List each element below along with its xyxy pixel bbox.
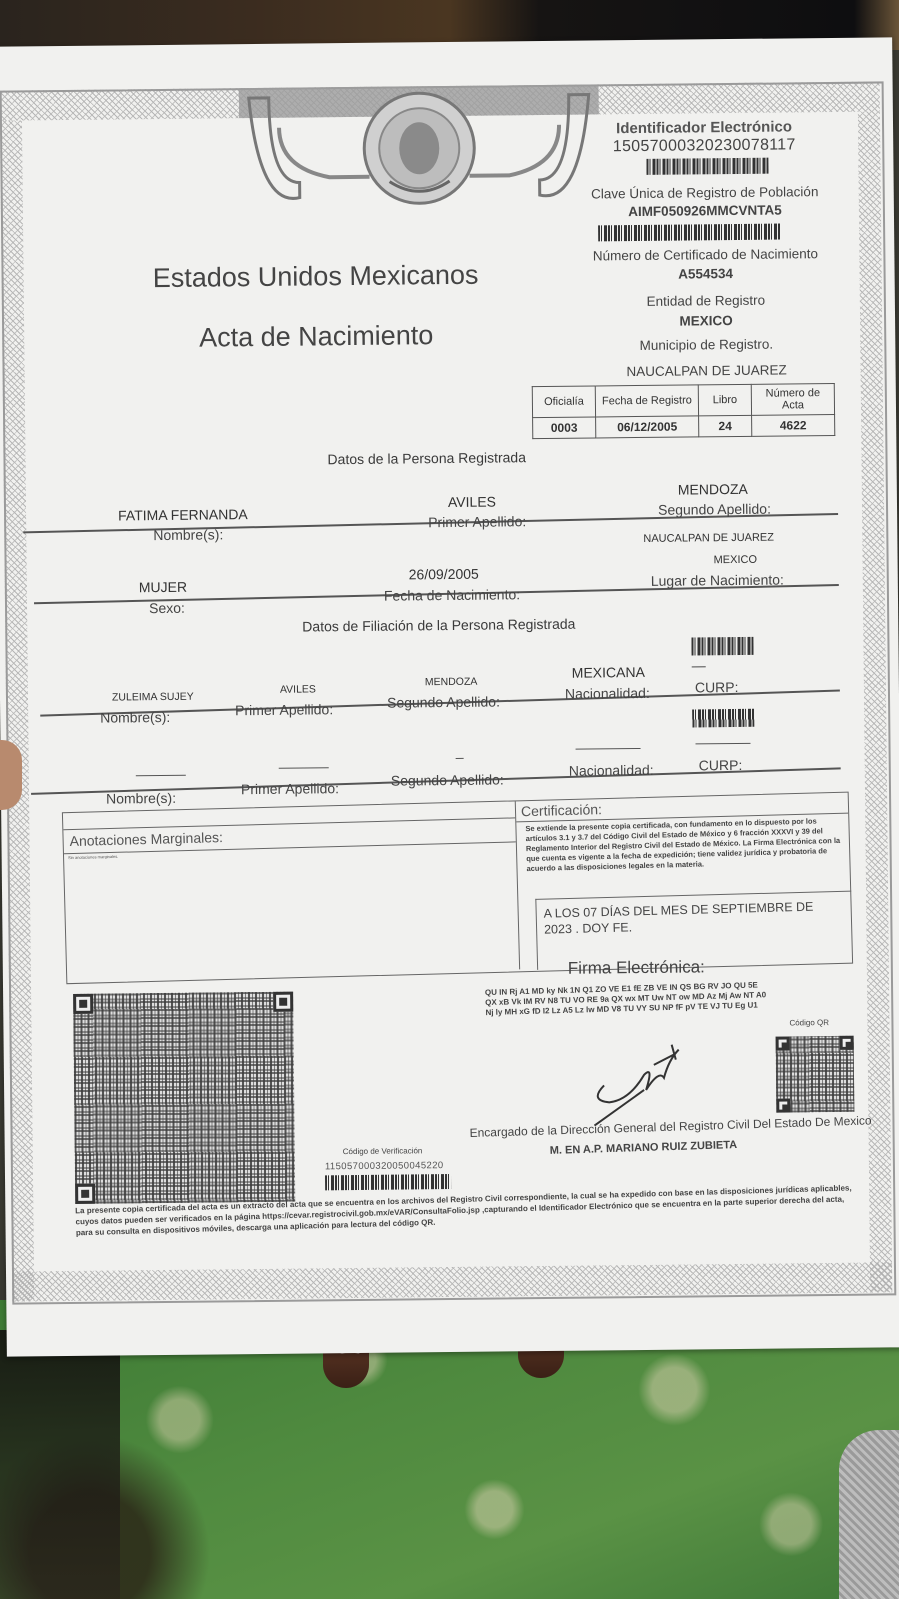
segundo-apellido-label: Segundo Apellido: <box>658 501 771 518</box>
libro-value: 24 <box>699 415 752 437</box>
identificador-label: Identificador Electrónico <box>554 118 854 138</box>
municipio-value: NAUCALPAN DE JUAREZ <box>557 362 857 380</box>
numero-acta-value: 4622 <box>752 414 835 436</box>
progenitor1-primer-apellido-label: Primer Apellido: <box>235 701 333 718</box>
small-qr-code <box>776 1036 855 1113</box>
verificacion-value: 115057000320050045220 <box>325 1160 444 1172</box>
curp-value: AIMF050926MMCVNTA5 <box>555 202 855 220</box>
registro-table: Oficialía Fecha de Registro Libro Número… <box>532 383 836 439</box>
header-fecha-registro: Fecha de Registro <box>595 385 698 417</box>
progenitor1-nombres-value: ZULEIMA SUJEY <box>112 691 194 704</box>
anotaciones-content: Sin anotaciones marginales. <box>68 854 118 860</box>
registro-table-header: Oficialía Fecha de Registro Libro Número… <box>532 383 834 417</box>
primer-apellido-value: AVILES <box>448 494 496 511</box>
nombres-value: FATIMA FERNANDA <box>118 506 248 523</box>
primer-apellido-label: Primer Apellido: <box>428 513 526 530</box>
fecha-nacimiento-label: Fecha de Nacimiento: <box>384 586 520 603</box>
anotaciones-certificacion-box: Anotaciones Marginales: Sin anotaciones … <box>62 792 853 985</box>
anotaciones-panel: Anotaciones Marginales: Sin anotaciones … <box>63 801 520 981</box>
finger-holding-paper <box>0 740 22 810</box>
nombres-label: Nombre(s): <box>153 526 223 543</box>
country-title: Estados Unidos Mexicanos <box>115 259 515 294</box>
progenitor2-nacionalidad-label: Nacionalidad: <box>569 762 654 779</box>
progenitor2-segundo-apellido-label: Segundo Apellido: <box>391 771 504 788</box>
header-libro: Libro <box>698 384 751 416</box>
curp-barcode <box>598 224 780 242</box>
birth-certificate-document: Estados Unidos Mexicanos Acta de Nacimie… <box>0 37 899 1356</box>
filiacion-section-title: Datos de Filiación de la Persona Registr… <box>302 616 575 635</box>
certificado-value: A554534 <box>556 265 856 283</box>
progenitor2-nombres-label: Nombre(s): <box>106 790 176 807</box>
progenitor2-curp-label: CURP: <box>699 757 743 773</box>
identificador-value: 15057000320230078117 <box>554 136 854 157</box>
header-oficialia: Oficialía <box>532 386 595 418</box>
anotaciones-title: Anotaciones Marginales: <box>69 829 223 849</box>
progenitor1-curp-label: CURP: <box>695 679 739 695</box>
curp-progenitor2-barcode <box>692 709 754 728</box>
header-numero-acta: Número de Acta <box>751 383 834 415</box>
progenitor1-curp-value: — <box>692 657 706 673</box>
sexo-value: MUJER <box>139 579 187 596</box>
progenitor2-segundo-apellido-blank <box>456 758 464 759</box>
verificacion-barcode <box>325 1174 451 1190</box>
document-title: Acta de Nacimiento <box>156 320 476 354</box>
segundo-apellido-value: MENDOZA <box>678 481 748 498</box>
lugar-municipio-value: NAUCALPAN DE JUAREZ <box>643 532 774 545</box>
oficialia-value: 0003 <box>533 417 596 439</box>
qr-label: Código QR <box>789 1018 829 1027</box>
background-cloth <box>839 1430 899 1599</box>
certificacion-fecha-line2: 2023 . DOY FE. <box>544 920 632 936</box>
progenitor2-primer-apellido-label: Primer Apellido: <box>241 780 339 797</box>
curp-label: Clave Única de Registro de Población <box>555 184 855 202</box>
progenitor1-nacionalidad-label: Nacionalidad: <box>565 685 650 702</box>
lugar-estado-value: MEXICO <box>714 554 758 566</box>
progenitor1-segundo-apellido-value: MENDOZA <box>425 676 478 689</box>
municipio-label: Municipio de Registro. <box>556 336 856 354</box>
entidad-label: Entidad de Registro <box>556 292 856 310</box>
persona-section-title: Datos de la Persona Registrada <box>327 449 526 467</box>
background-shadow <box>0 1330 120 1599</box>
lugar-nacimiento-label: Lugar de Nacimiento: <box>651 571 784 588</box>
fecha-registro-value: 06/12/2005 <box>596 416 699 438</box>
fecha-nacimiento-value: 26/09/2005 <box>409 566 479 583</box>
certificacion-text: Se extiende la presente copia certificad… <box>525 816 844 874</box>
progenitor1-nombres-label: Nombre(s): <box>100 709 170 726</box>
verificacion-label: Código de Verificación <box>343 1146 423 1156</box>
curp-progenitor1-barcode <box>691 637 753 656</box>
progenitor1-nacionalidad-value: MEXICANA <box>572 664 645 681</box>
identificador-barcode <box>646 158 768 175</box>
large-qr-code <box>73 992 295 1204</box>
signature-icon <box>584 1029 695 1130</box>
firma-title: Firma Electrónica: <box>568 957 705 978</box>
progenitor1-primer-apellido-value: AVILES <box>280 683 316 695</box>
progenitor1-segundo-apellido-label: Segundo Apellido: <box>387 693 500 710</box>
national-seal-icon <box>239 84 600 223</box>
sexo-label: Sexo: <box>149 600 185 616</box>
certificado-label: Número de Certificado de Nacimiento <box>555 246 855 264</box>
registro-table-row: 0003 06/12/2005 24 4622 <box>533 414 835 438</box>
certificacion-title: Certificación: <box>521 801 602 819</box>
entidad-value: MEXICO <box>556 312 856 330</box>
